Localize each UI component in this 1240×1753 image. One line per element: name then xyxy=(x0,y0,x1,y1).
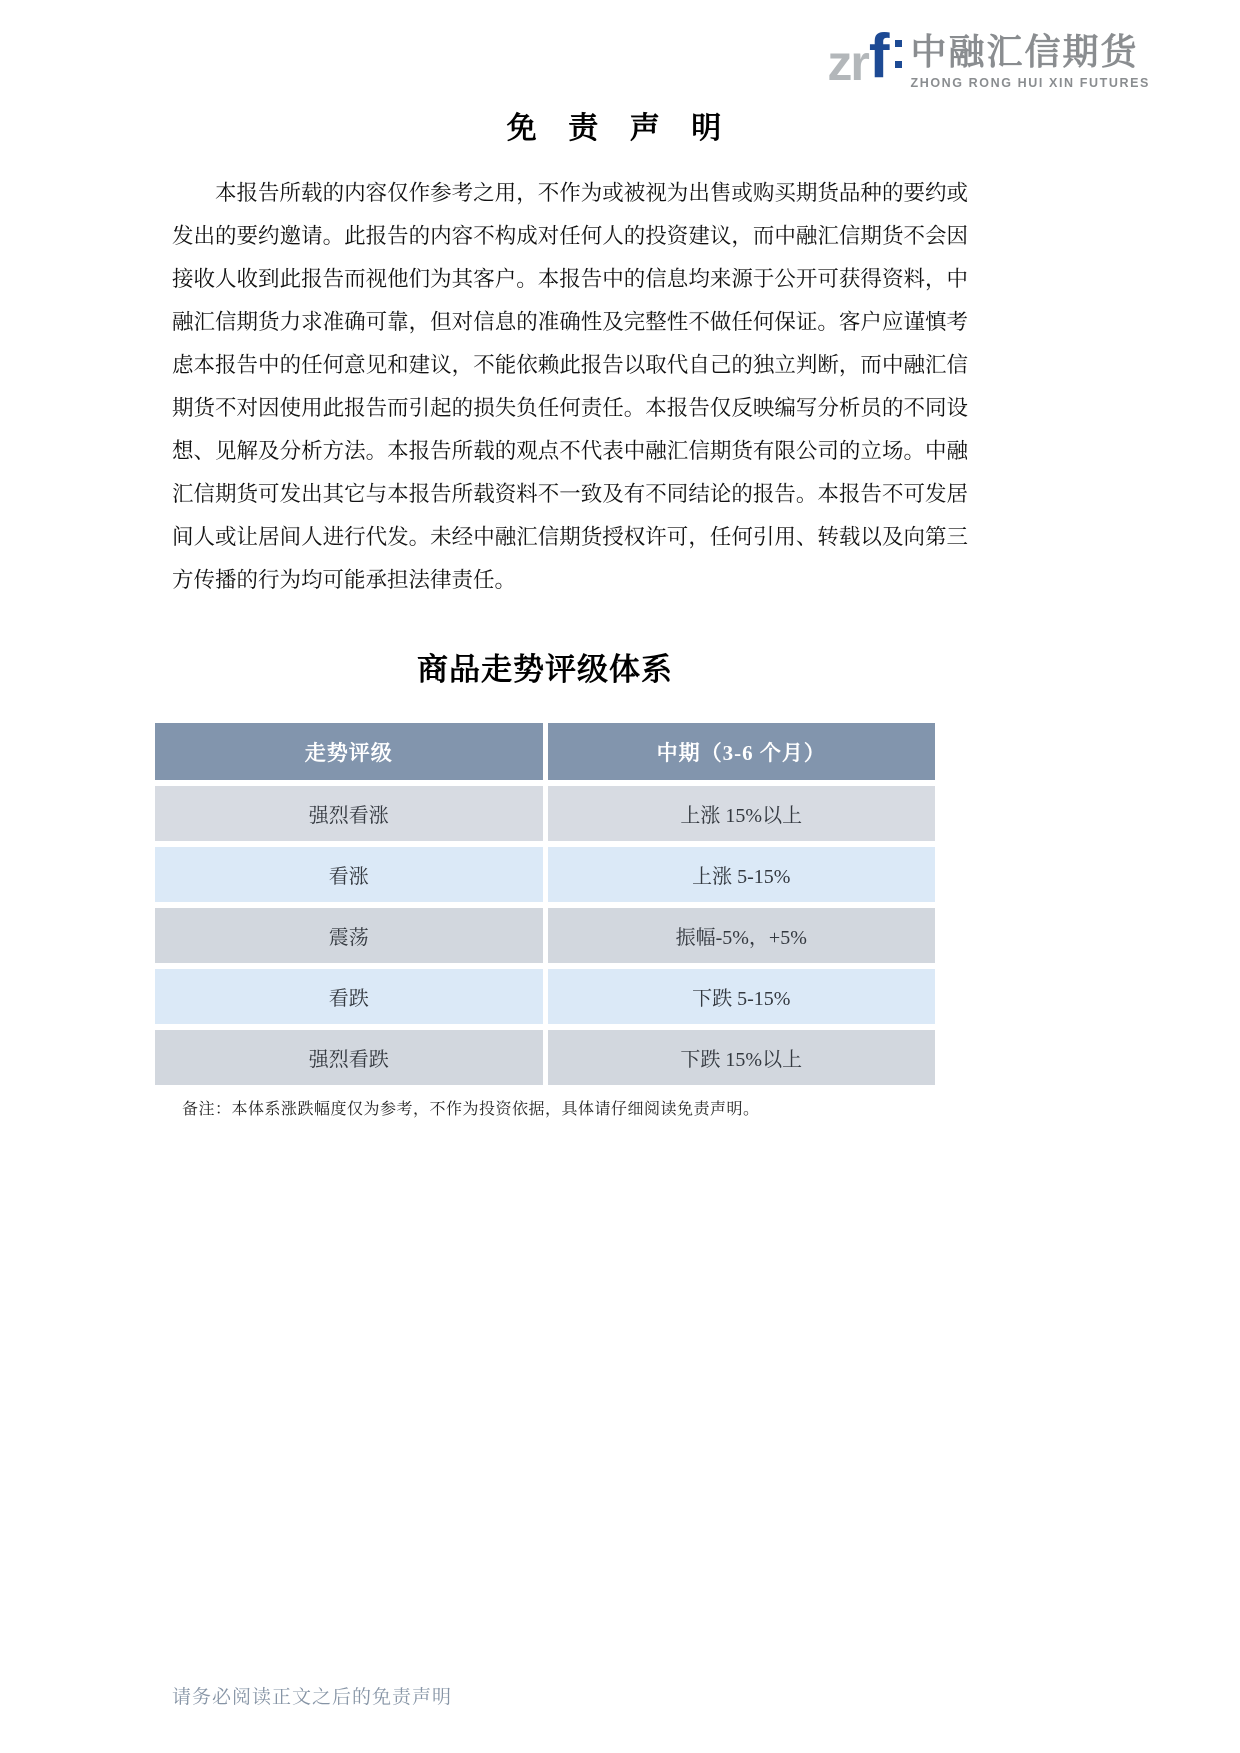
table-cell-rating: 看涨 xyxy=(155,847,543,902)
section-title: 商品走势评级体系 xyxy=(155,644,935,689)
logo-zrf-mark: zr f xyxy=(827,26,889,88)
logo-square-icon xyxy=(895,40,902,47)
table-cell-range: 上涨 15%以上 xyxy=(548,786,936,841)
page-footer: 请务必阅读正文之后的免责声明 xyxy=(172,1682,452,1709)
table-cell-rating: 强烈看跌 xyxy=(155,1030,543,1085)
table-note: 备注：本体系涨跌幅度仅为参考，不作为投资依据，具体请仔细阅读免责声明。 xyxy=(182,1096,760,1119)
logo-zr-text: zr xyxy=(827,38,867,88)
company-logo: zr f 中融汇信期货 ZHONG RONG HUI XIN FUTURES xyxy=(827,26,1150,90)
document-page: zr f 中融汇信期货 ZHONG RONG HUI XIN FUTURES 免… xyxy=(0,0,1240,1753)
table-cell-rating: 震荡 xyxy=(155,908,543,963)
page-title: 免 责 声 明 xyxy=(0,103,1240,147)
table-cell-rating: 强烈看涨 xyxy=(155,786,543,841)
table-cell-rating: 看跌 xyxy=(155,969,543,1024)
logo-square-icon xyxy=(895,61,902,68)
table-cell-range: 下跌 5-15% xyxy=(548,969,936,1024)
company-name-en: ZHONG RONG HUI XIN FUTURES xyxy=(910,76,1150,90)
table-cell-range: 下跌 15%以上 xyxy=(548,1030,936,1085)
table-cell-range: 上涨 5-15% xyxy=(548,847,936,902)
table-header-rating: 走势评级 xyxy=(155,723,543,780)
table-cell-range: 振幅-5%，+5% xyxy=(548,908,936,963)
company-name-cn: 中融汇信期货 xyxy=(910,32,1150,72)
table-header-midterm: 中期（3-6 个月） xyxy=(548,723,936,780)
logo-f-text: f xyxy=(869,26,890,88)
logo-names: 中融汇信期货 ZHONG RONG HUI XIN FUTURES xyxy=(910,32,1150,90)
disclaimer-paragraph: 本报告所载的内容仅作参考之用，不作为或被视为出售或购买期货品种的要约或发出的要约… xyxy=(172,172,968,602)
logo-accent-squares xyxy=(895,40,902,68)
rating-table: 走势评级 中期（3-6 个月） 强烈看涨 上涨 15%以上 看涨 上涨 5-15… xyxy=(155,723,935,1085)
